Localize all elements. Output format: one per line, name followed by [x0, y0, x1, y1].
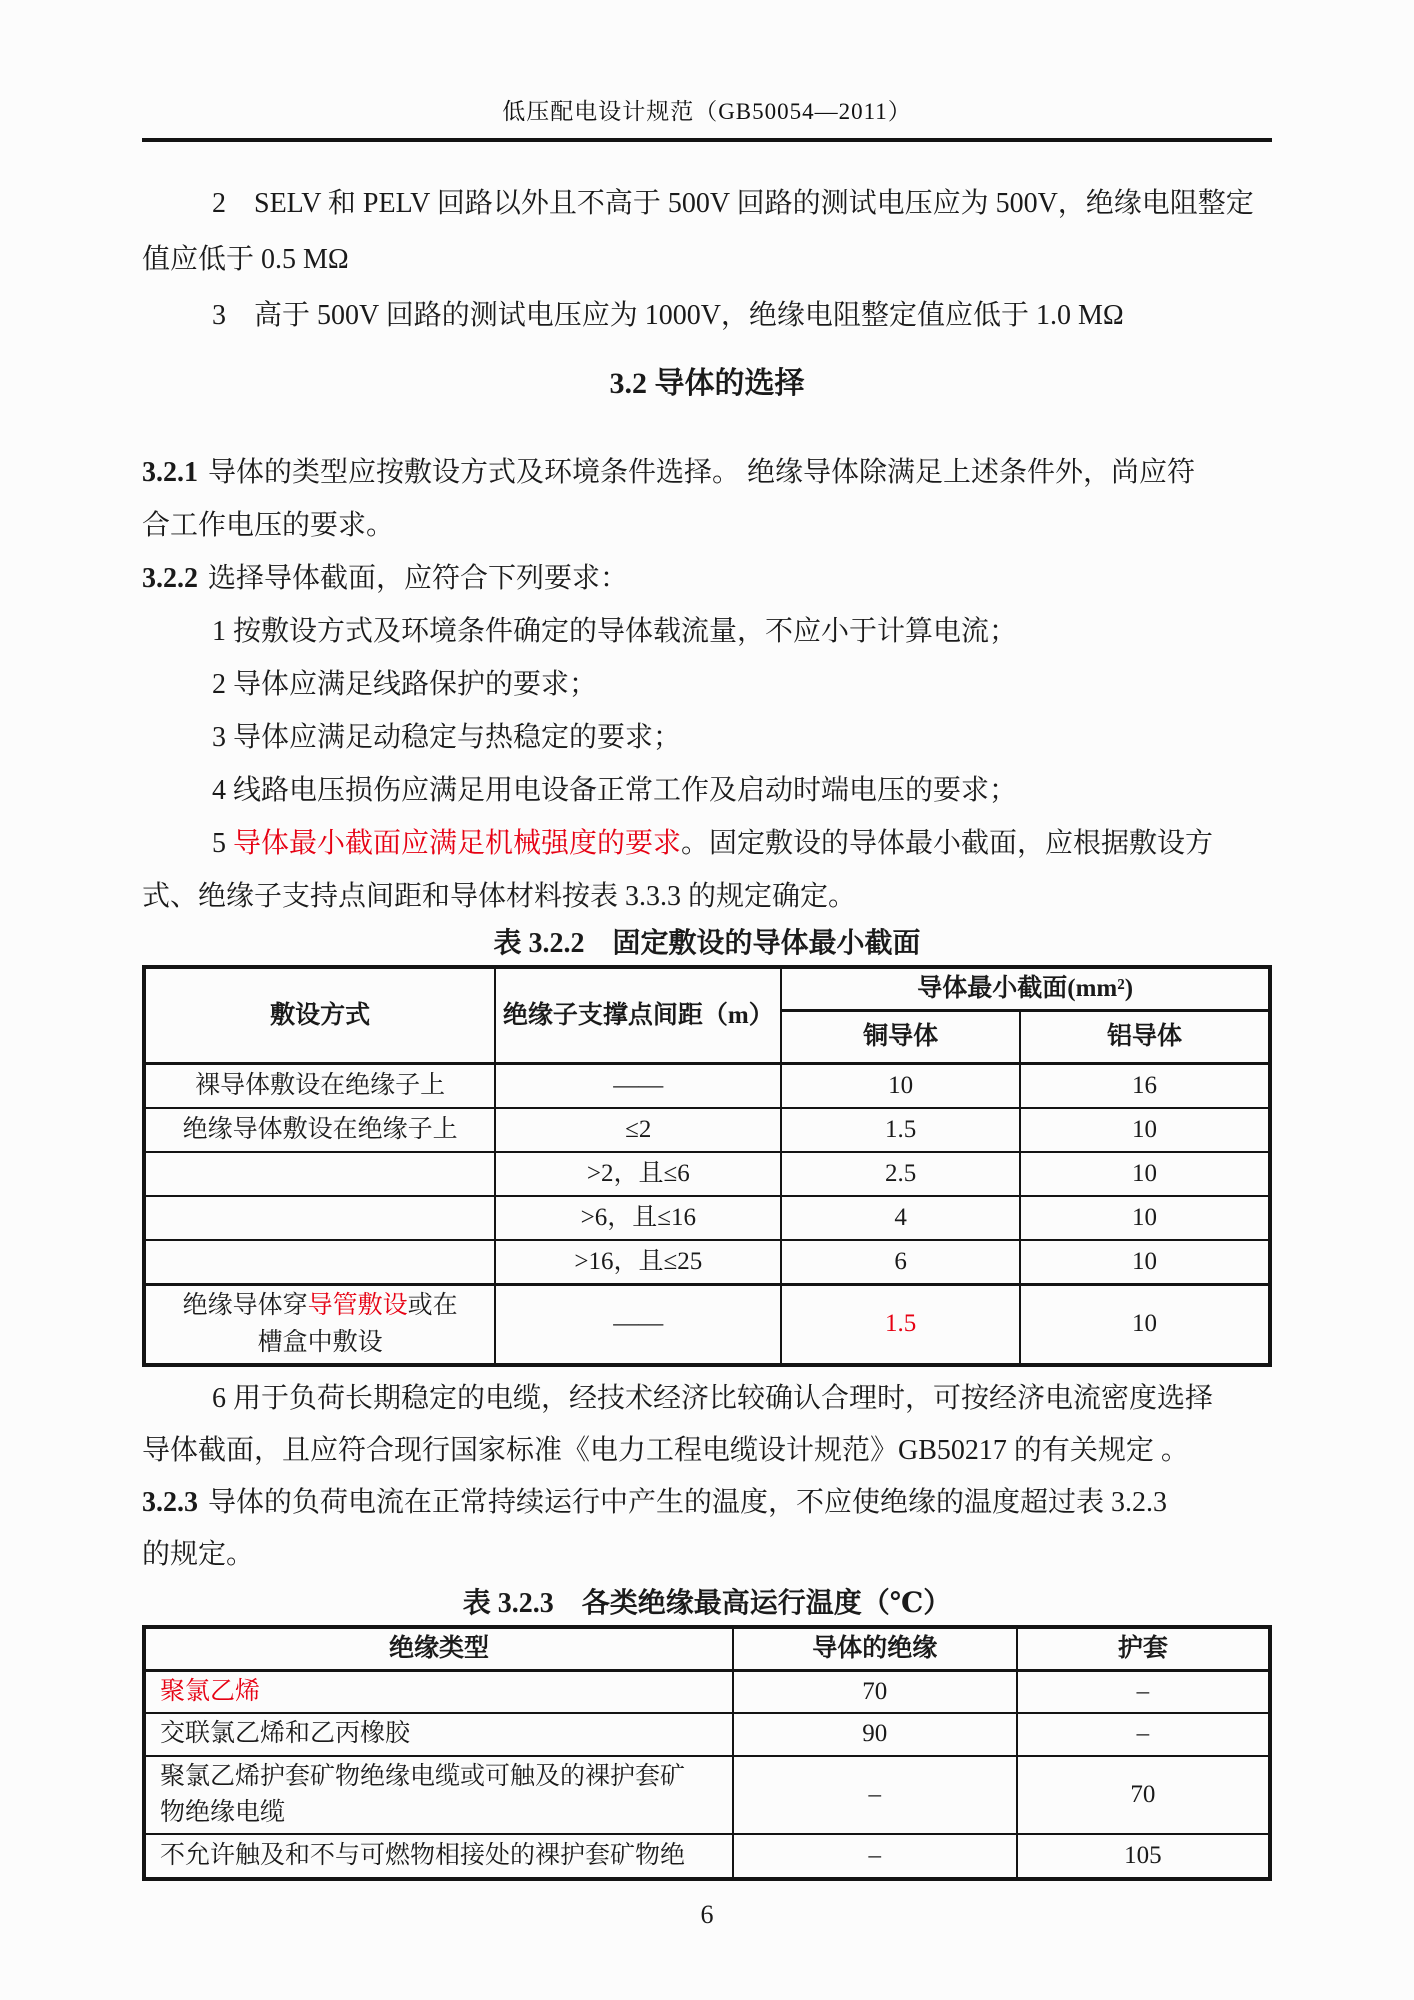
table-cell: – — [733, 1756, 1017, 1835]
table-row: 聚氯乙烯护套矿物绝缘电缆或可触及的裸护套矿物绝缘电缆 – 70 — [144, 1756, 1270, 1835]
table-row: >16，且≤25 6 10 — [144, 1240, 1270, 1285]
page-content: 2 SELV 和 PELV 回路以外且不高于 500V 回路的测试电压应为 50… — [0, 142, 1414, 1933]
section-heading-3-2: 3.2 导体的选择 — [142, 356, 1272, 412]
list-item-5-line2: 式、绝缘子支持点间距和导体材料按表 3.3.3 的规定确定。 — [142, 870, 1272, 923]
page-header: 低压配电设计规范（GB50054—2011） — [142, 0, 1272, 142]
page-number: 6 — [142, 1897, 1272, 1933]
table-cell: 16 — [1020, 1064, 1270, 1109]
table-cell-two-lines: 聚氯乙烯护套矿物绝缘电缆或可触及的裸护套矿物绝缘电缆 — [144, 1756, 733, 1835]
table-cell: >2，且≤6 — [495, 1152, 781, 1196]
table-cell: 10 — [1020, 1240, 1270, 1285]
column-header-copper: 铜导体 — [781, 1011, 1020, 1064]
clause-number: 3.2.3 — [142, 1487, 198, 1518]
table-cell: —— — [495, 1285, 781, 1365]
table-cell: 10 — [1020, 1196, 1270, 1240]
table-cell: 1.5 — [781, 1108, 1020, 1152]
list-item-1: 1 按敷设方式及环境条件确定的导体载流量，不应小于计算电流； — [142, 605, 1272, 658]
table-cell — [144, 1152, 495, 1196]
clause-text: 导体的负荷电流在正常持续运行中产生的温度，不应使绝缘的温度超过表 3.2.3 — [208, 1487, 1167, 1518]
table-3-2-3-title: 表 3.2.3 各类绝缘最高运行温度（℃） — [142, 1583, 1272, 1625]
list-item-5-red-text: 导体最小截面应满足机械强度的要求 — [233, 828, 681, 859]
table-cell-red-value: 1.5 — [781, 1285, 1020, 1365]
clause-text: 导体的类型应按敷设方式及环境条件选择。 绝缘导体除满足上述条件外，尚应符 — [208, 457, 1195, 488]
table-cell: 交联氯乙烯和乙丙橡胶 — [144, 1713, 733, 1755]
list-item-6-line2: 导体截面，且应符合现行国家标准《电力工程电缆设计规范》GB50217 的有关规定… — [142, 1425, 1272, 1477]
table-3-2-2-title: 表 3.2.2 固定敷设的导体最小截面 — [142, 923, 1272, 965]
list-item-2: 2 导体应满足线路保护的要求； — [142, 658, 1272, 711]
table-row: 聚氯乙烯 70 – — [144, 1671, 1270, 1714]
clause-3-2-1-line2: 合工作电压的要求。 — [142, 499, 1272, 552]
table-cell: – — [1017, 1713, 1270, 1755]
table-cell: 70 — [1017, 1756, 1270, 1835]
table-cell: 绝缘导体敷设在绝缘子上 — [144, 1108, 495, 1152]
clause-3-2-3-line2: 的规定。 — [142, 1529, 1272, 1581]
paragraph-item3: 3 高于 500V 回路的测试电压应为 1000V，绝缘电阻整定值应低于 1.0… — [142, 288, 1272, 344]
table-cell: 10 — [1020, 1108, 1270, 1152]
table-cell: >16，且≤25 — [495, 1240, 781, 1285]
section-body: 3.2.1导体的类型应按敷设方式及环境条件选择。 绝缘导体除满足上述条件外，尚应… — [142, 446, 1272, 923]
table-cell — [144, 1240, 495, 1285]
clause-3-2-2: 3.2.2选择导体截面，应符合下列要求： — [142, 552, 1272, 605]
table-row: 交联氯乙烯和乙丙橡胶 90 – — [144, 1713, 1270, 1755]
column-header-method: 敷设方式 — [144, 967, 495, 1064]
column-header-spacing: 绝缘子支撑点间距（m） — [495, 967, 781, 1064]
section-body: 6 用于负荷长期稳定的电缆，经技术经济比较确认合理时，可按经济电流密度选择 导体… — [142, 1373, 1272, 1581]
table-3-2-3: 绝缘类型 导体的绝缘 护套 聚氯乙烯 70 – 交联氯乙烯和乙丙橡胶 90 – … — [142, 1625, 1272, 1881]
clause-3-2-3-line1: 3.2.3导体的负荷电流在正常持续运行中产生的温度，不应使绝缘的温度超过表 3.… — [142, 1477, 1272, 1529]
table-cell: 10 — [781, 1064, 1020, 1109]
table-row: 绝缘导体敷设在绝缘子上 ≤2 1.5 10 — [144, 1108, 1270, 1152]
table-cell: 裸导体敷设在绝缘子上 — [144, 1064, 495, 1109]
table-cell: 6 — [781, 1240, 1020, 1285]
table-header-row: 绝缘类型 导体的绝缘 护套 — [144, 1627, 1270, 1671]
list-item-4: 4 线路电压损伤应满足用电设备正常工作及启动时端电压的要求； — [142, 764, 1272, 817]
list-item-number: 5 — [212, 828, 226, 859]
list-item-5-black-text: 。固定敷设的导体最小截面，应根据敷设方 — [681, 828, 1213, 859]
column-header-insulation-type: 绝缘类型 — [144, 1627, 733, 1671]
column-header-conductor-insulation: 导体的绝缘 — [733, 1627, 1017, 1671]
table-row: >2，且≤6 2.5 10 — [144, 1152, 1270, 1196]
table-cell: 105 — [1017, 1834, 1270, 1879]
document-page: 低压配电设计规范（GB50054—2011） 2 SELV 和 PELV 回路以… — [0, 0, 1414, 2000]
table-cell: 4 — [781, 1196, 1020, 1240]
table-cell: —— — [495, 1064, 781, 1109]
paragraph-item2-line2: 值应低于 0.5 MΩ — [142, 232, 1272, 288]
list-item-3: 3 导体应满足动稳定与热稳定的要求； — [142, 711, 1272, 764]
table-cell: 10 — [1020, 1152, 1270, 1196]
table-row: 不允许触及和不与可燃物相接处的裸护套矿物绝 – 105 — [144, 1834, 1270, 1879]
table-row: 裸导体敷设在绝缘子上 —— 10 16 — [144, 1064, 1270, 1109]
table-cell: 90 — [733, 1713, 1017, 1755]
cell-text: 槽盒中敷设 — [258, 1329, 383, 1356]
column-header-aluminium: 铝导体 — [1020, 1011, 1270, 1064]
table-header-row: 敷设方式 绝缘子支撑点间距（m） 导体最小截面(mm²) — [144, 967, 1270, 1011]
paragraph-item2-line1: 2 SELV 和 PELV 回路以外且不高于 500V 回路的测试电压应为 50… — [142, 176, 1272, 232]
table-cell: 10 — [1020, 1285, 1270, 1365]
table-cell-red-text: 聚氯乙烯 — [144, 1671, 733, 1714]
cell-text-red: 导管敷设 — [308, 1292, 408, 1319]
table-cell: 70 — [733, 1671, 1017, 1714]
list-item-5-line1: 5 导体最小截面应满足机械强度的要求。固定敷设的导体最小截面，应根据敷设方 — [142, 817, 1272, 870]
table-cell: ≤2 — [495, 1108, 781, 1152]
clause-3-2-1-line1: 3.2.1导体的类型应按敷设方式及环境条件选择。 绝缘导体除满足上述条件外，尚应… — [142, 446, 1272, 499]
table-row: >6，且≤16 4 10 — [144, 1196, 1270, 1240]
cell-text: 物绝缘电缆 — [160, 1799, 285, 1826]
table-3-2-2: 敷设方式 绝缘子支撑点间距（m） 导体最小截面(mm²) 铜导体 铝导体 裸导体… — [142, 965, 1272, 1367]
table-cell: 2.5 — [781, 1152, 1020, 1196]
table-row: 绝缘导体穿导管敷设或在槽盒中敷设 —— 1.5 10 — [144, 1285, 1270, 1365]
clause-text: 选择导体截面，应符合下列要求： — [208, 563, 628, 594]
table-cell: 不允许触及和不与可燃物相接处的裸护套矿物绝 — [144, 1834, 733, 1879]
list-item-6-line1: 6 用于负荷长期稳定的电缆，经技术经济比较确认合理时，可按经济电流密度选择 — [142, 1373, 1272, 1425]
table-cell — [144, 1196, 495, 1240]
column-header-min-section: 导体最小截面(mm²) — [781, 967, 1270, 1011]
table-cell-method-mixed: 绝缘导体穿导管敷设或在槽盒中敷设 — [144, 1285, 495, 1365]
column-header-sheath: 护套 — [1017, 1627, 1270, 1671]
cell-text: 聚氯乙烯护套矿物绝缘电缆或可触及的裸护套矿 — [160, 1763, 685, 1790]
table-cell: >6，且≤16 — [495, 1196, 781, 1240]
cell-text: 绝缘导体穿 — [183, 1292, 308, 1319]
clause-number: 3.2.1 — [142, 457, 198, 488]
table-cell: – — [1017, 1671, 1270, 1714]
page-header-title: 低压配电设计规范（GB50054—2011） — [502, 93, 912, 126]
clause-number: 3.2.2 — [142, 563, 198, 594]
table-cell: – — [733, 1834, 1017, 1879]
cell-text: 或在 — [408, 1292, 458, 1319]
